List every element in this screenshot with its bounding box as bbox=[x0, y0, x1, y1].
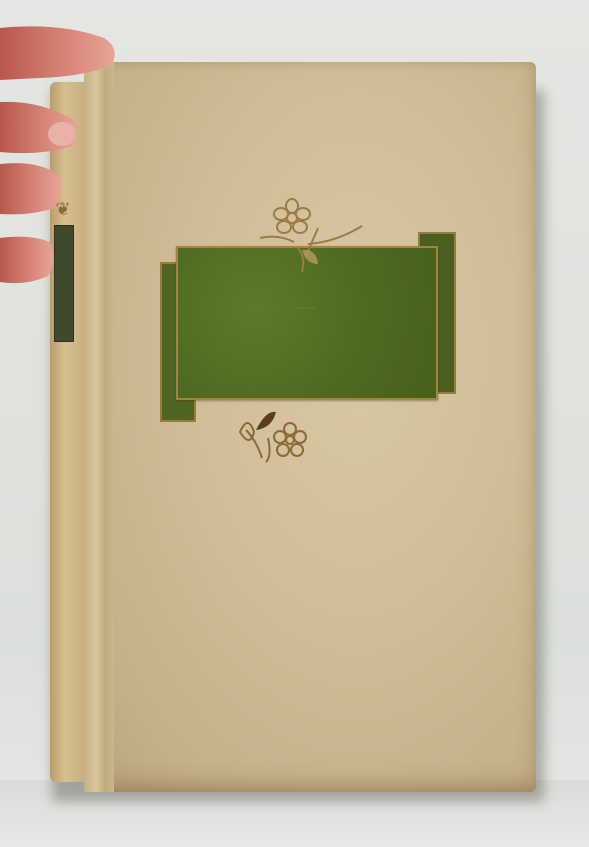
flower-top-icon bbox=[258, 198, 370, 274]
photo-scene: ❦ ····· bbox=[0, 0, 589, 847]
flower-bottom-icon bbox=[232, 400, 312, 464]
hand bbox=[0, 24, 124, 296]
banner-title: ····· bbox=[178, 304, 436, 314]
